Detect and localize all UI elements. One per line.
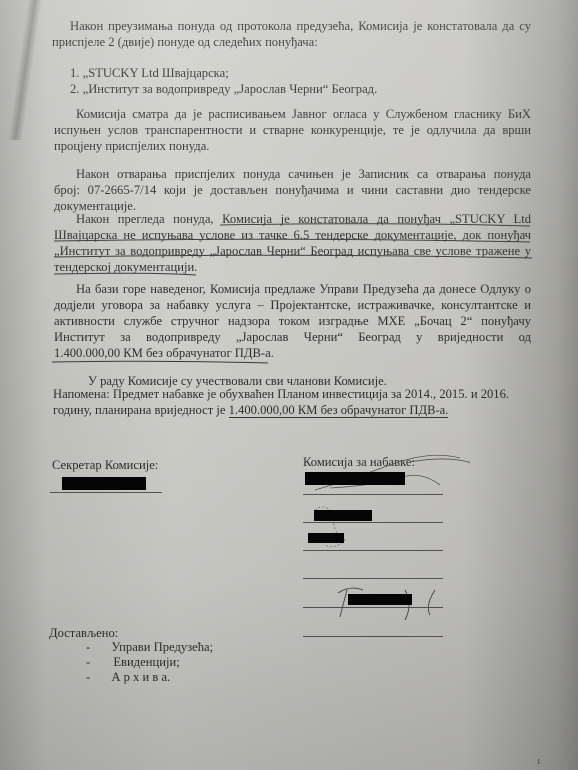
redacted-name-block [62, 477, 146, 490]
bidder-item: 1. „STUCKY Ltd Швајцарска; [70, 66, 229, 82]
redacted-name-block [308, 533, 344, 543]
list-bullet: - [86, 640, 90, 654]
redacted-name-block [305, 472, 405, 485]
paragraph-line: активности службе стручног надзора током… [54, 314, 531, 330]
redacted-name-block [314, 510, 372, 521]
signature-line [303, 522, 443, 523]
signature-line [303, 550, 443, 551]
paragraph-line: Институт за водопривреду „Јарослав Черни… [54, 330, 531, 346]
paragraph-line: Након отварања приспјелих понуда сачињен… [76, 167, 531, 183]
paragraph-line: На бази горе наведеног, Комисија предлаж… [76, 282, 531, 298]
signature-line [50, 492, 162, 493]
intro-text-1: Након преузимања понуда од протокола пре… [70, 19, 531, 35]
paragraph-line: тендерској документацији. [54, 260, 197, 276]
list-item-text: Евиденцији; [113, 655, 179, 669]
note-text: годину, планирана вриједност је [53, 403, 229, 417]
paragraph-text: активности службе стручног надзора током… [54, 314, 531, 330]
paragraph-line: додјели уговора за набавку услуга – Прој… [54, 298, 531, 314]
delivered-item: - Евиденцији; [86, 655, 180, 671]
paragraph-line: Након прегледа понуда, Комисија је конст… [76, 212, 531, 228]
paragraph-line: Швајцарска не испуњава услове из тачке 6… [54, 228, 531, 244]
paragraph-line: испуњен услов транспарентности и стварне… [54, 123, 531, 139]
bidder-number: 2. [70, 82, 79, 96]
note-line: годину, планирана вриједност је 1.400.00… [53, 403, 448, 419]
intro-line-1: Након преузимања понуда од протокола пре… [70, 19, 531, 35]
commission-label: Комисија за набавке: [303, 455, 415, 471]
signature-line [303, 494, 443, 495]
list-bullet: - [86, 670, 90, 684]
paragraph-text: Након отварања приспјелих понуда сачињен… [76, 167, 531, 183]
paragraph-line: Комисија сматра да је расписивањем Јавно… [76, 107, 531, 123]
paragraph-text: На бази горе наведеног, Комисија предлаж… [76, 282, 531, 298]
paragraph-text: додјели уговора за набавку услуга – Прој… [54, 298, 531, 314]
paragraph-text: Након прегледа понуда, Комисија је конст… [76, 212, 531, 228]
delivered-item: - А р х и в а. [86, 670, 170, 686]
paragraph-line: 1.400.000,00 КМ без обрачунатог ПДВ-а. [54, 346, 274, 362]
list-bullet: - [86, 655, 90, 669]
paragraph-line: процјену приспјелих понуда. [54, 139, 209, 155]
signature-line [303, 636, 443, 637]
paragraph-text: испуњен услов транспарентности и стварне… [54, 123, 531, 139]
bidder-number: 1. [70, 66, 79, 80]
list-item-text: А р х и в а. [111, 670, 170, 684]
delivered-item: - Управи Предузећа; [86, 640, 213, 656]
paragraph-text: Институт за водопривреду „Јарослав Черни… [54, 330, 531, 346]
paragraph-text: број: 07-2665-7/14 који је достављен пон… [54, 183, 531, 199]
secretary-label: Секретар Комисије: [52, 458, 158, 474]
paragraph-text: Комисија сматра да је расписивањем Јавно… [76, 107, 531, 123]
list-item-text: Управи Предузећа; [111, 640, 213, 654]
note-line: Напомена: Предмет набавке је обухваћен П… [53, 387, 509, 403]
redacted-name-block [348, 594, 412, 605]
signature-line [303, 607, 443, 608]
bidder-name: „STUCKY Ltd Швајцарска; [83, 66, 229, 80]
page-mark: 1 [537, 758, 541, 766]
bidder-name: „Институт за водопривреду „Јарослав Черн… [83, 82, 378, 96]
handwritten-signature [335, 585, 455, 625]
paragraph-line: „Институт за водопривреду „Јарослав Черн… [54, 244, 531, 260]
paragraph-text: „Институт за водопривреду „Јарослав Черн… [54, 244, 531, 260]
paper-fold-shadow [8, 0, 42, 140]
intro-line-2: приспјеле 2 (двије) понуде од следећих п… [52, 35, 318, 51]
handwritten-signature [305, 500, 365, 555]
bidder-item: 2. „Институт за водопривреду „Јарослав Ч… [70, 82, 377, 98]
note-amount: 1.400.000,00 КМ без обрачунатог ПДВ-а. [229, 403, 449, 418]
signature-line [303, 578, 443, 579]
paragraph-line: број: 07-2665-7/14 који је достављен пон… [54, 183, 531, 199]
paragraph-text: Швајцарска не испуњава услове из тачке 6… [54, 228, 531, 244]
